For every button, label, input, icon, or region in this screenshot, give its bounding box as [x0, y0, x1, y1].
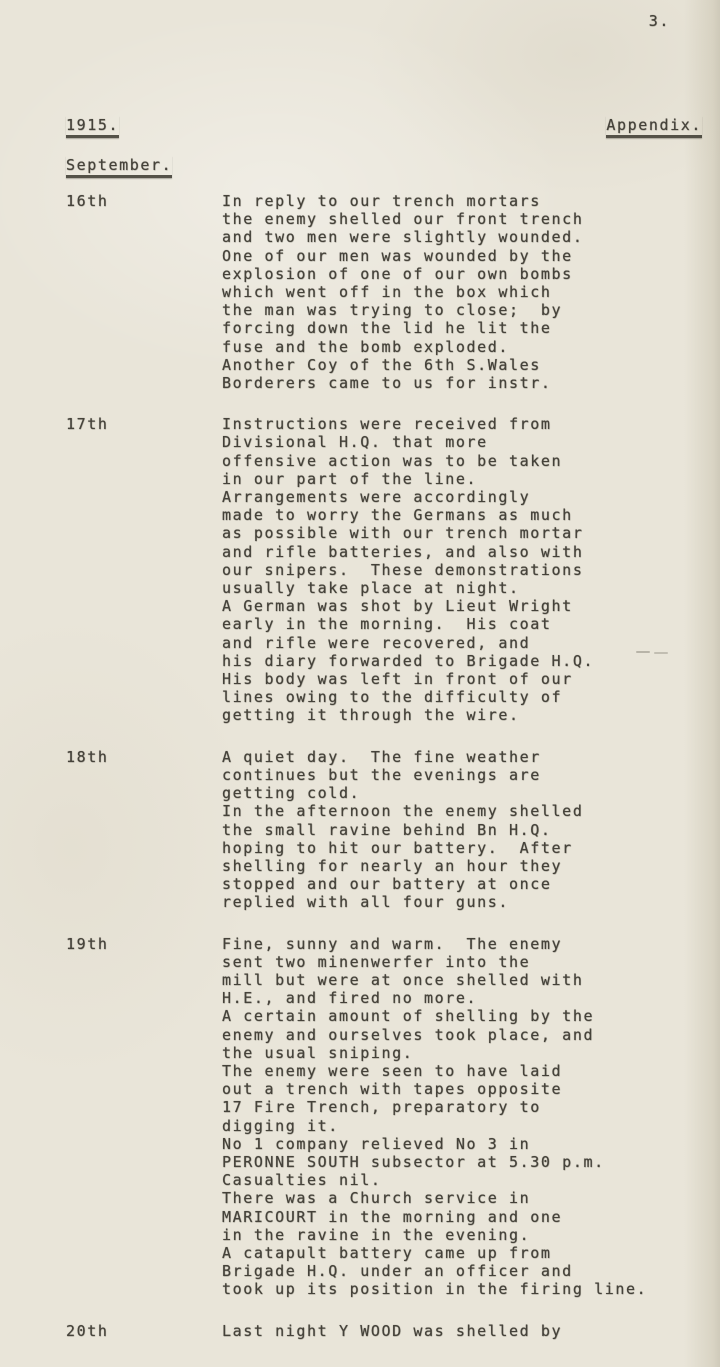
- entry-line: early in the morning. His coat: [222, 615, 720, 633]
- entry-line: forcing down the lid he lit the: [222, 319, 720, 337]
- entry-text: In reply to our trench mortarsthe enemy …: [222, 192, 720, 392]
- entry-line: Arrangements were accordingly: [222, 488, 720, 506]
- page-number: 3.: [649, 12, 670, 30]
- entry-line: The enemy were seen to have laid: [222, 1062, 720, 1080]
- entry-date-label: 19th: [66, 935, 222, 953]
- entry-date: 20th: [66, 1322, 222, 1340]
- diary-entry: 18thA quiet day. The fine weathercontinu…: [66, 748, 720, 912]
- entry-line: One of our men was wounded by the: [222, 247, 720, 265]
- entry-line: and rifle batteries, and also with: [222, 543, 720, 561]
- entry-line: PERONNE SOUTH subsector at 5.30 p.m.: [222, 1153, 720, 1171]
- year-heading: 1915.: [66, 116, 119, 138]
- entry-date-label: 20th: [66, 1322, 222, 1340]
- entry-text: Instructions were received fromDivisiona…: [222, 415, 720, 724]
- entry-line: His body was left in front of our: [222, 670, 720, 688]
- entry-line: getting cold.: [222, 784, 720, 802]
- entry-line: our snipers. These demonstrations: [222, 561, 720, 579]
- entry-line: digging it.: [222, 1117, 720, 1135]
- diary-entry: 17thInstructions were received fromDivis…: [66, 415, 720, 724]
- entry-line: the usual sniping.: [222, 1044, 720, 1062]
- ink-smudge: [636, 651, 650, 653]
- page-header: 1915. Appendix.: [66, 116, 702, 138]
- entry-date: 18th: [66, 748, 222, 912]
- entry-line: stopped and our battery at once: [222, 875, 720, 893]
- entry-line: Instructions were received from: [222, 415, 720, 433]
- entry-text: Fine, sunny and warm. The enemysent two …: [222, 935, 720, 1299]
- entry-line: No 1 company relieved No 3 in: [222, 1135, 720, 1153]
- entry-line: enemy and ourselves took place, and: [222, 1026, 720, 1044]
- entry-line: and rifle were recovered, and: [222, 634, 720, 652]
- entry-date: 16th: [66, 192, 222, 392]
- diary-entry: 19thFine, sunny and warm. The enemysent …: [66, 935, 720, 1299]
- entry-line: There was a Church service in: [222, 1189, 720, 1207]
- entry-line: Brigade H.Q. under an officer and: [222, 1262, 720, 1280]
- month-heading: September.: [66, 156, 172, 178]
- entry-line: as possible with our trench mortar: [222, 524, 720, 542]
- entry-line: In reply to our trench mortars: [222, 192, 720, 210]
- diary-entries: 16thIn reply to our trench mortarsthe en…: [66, 192, 720, 1363]
- entry-line: lines owing to the difficulty of: [222, 688, 720, 706]
- entry-line: and two men were slightly wounded.: [222, 228, 720, 246]
- entry-line: getting it through the wire.: [222, 706, 720, 724]
- diary-entry: 20thLast night Y WOOD was shelled by: [66, 1322, 720, 1340]
- entry-line: Borderers came to us for instr.: [222, 374, 720, 392]
- diary-entry: 16thIn reply to our trench mortarsthe en…: [66, 192, 720, 392]
- entry-date-label: 16th: [66, 192, 222, 210]
- entry-line: continues but the evenings are: [222, 766, 720, 784]
- entry-line: the small ravine behind Bn H.Q.: [222, 821, 720, 839]
- entry-date: 17th: [66, 415, 222, 724]
- entry-date-label: 18th: [66, 748, 222, 766]
- entry-text: Last night Y WOOD was shelled by: [222, 1322, 720, 1340]
- entry-line: which went off in the box which: [222, 283, 720, 301]
- entry-line: took up its position in the firing line.: [222, 1280, 720, 1298]
- entry-line: his diary forwarded to Brigade H.Q.: [222, 652, 720, 670]
- entry-line: shelling for nearly an hour they: [222, 857, 720, 875]
- entry-line: A German was shot by Lieut Wright: [222, 597, 720, 615]
- diary-page: 3. 1915. Appendix. September. 16thIn rep…: [0, 0, 720, 1367]
- entry-line: the man was trying to close; by: [222, 301, 720, 319]
- entry-line: 17 Fire Trench, preparatory to: [222, 1098, 720, 1116]
- entry-line: In the afternoon the enemy shelled: [222, 802, 720, 820]
- entry-line: H.E., and fired no more.: [222, 989, 720, 1007]
- entry-text: A quiet day. The fine weathercontinues b…: [222, 748, 720, 912]
- entry-line: A quiet day. The fine weather: [222, 748, 720, 766]
- entry-date-label: 17th: [66, 415, 222, 433]
- entry-line: replied with all four guns.: [222, 893, 720, 911]
- entry-line: A catapult battery came up from: [222, 1244, 720, 1262]
- entry-line: mill but were at once shelled with: [222, 971, 720, 989]
- entry-line: Divisional H.Q. that more: [222, 433, 720, 451]
- entry-line: made to worry the Germans as much: [222, 506, 720, 524]
- entry-line: Casualties nil.: [222, 1171, 720, 1189]
- entry-line: Another Coy of the 6th S.Wales: [222, 356, 720, 374]
- entry-line: in the ravine in the evening.: [222, 1226, 720, 1244]
- entry-line: explosion of one of our own bombs: [222, 265, 720, 283]
- entry-line: fuse and the bomb exploded.: [222, 338, 720, 356]
- entry-line: out a trench with tapes opposite: [222, 1080, 720, 1098]
- entry-date: 19th: [66, 935, 222, 1299]
- entry-line: MARICOURT in the morning and one: [222, 1208, 720, 1226]
- entry-line: Last night Y WOOD was shelled by: [222, 1322, 720, 1340]
- entry-line: Fine, sunny and warm. The enemy: [222, 935, 720, 953]
- entry-line: offensive action was to be taken: [222, 452, 720, 470]
- entry-line: A certain amount of shelling by the: [222, 1007, 720, 1025]
- entry-line: in our part of the line.: [222, 470, 720, 488]
- entry-line: the enemy shelled our front trench: [222, 210, 720, 228]
- appendix-heading: Appendix.: [606, 116, 702, 138]
- entry-line: sent two minenwerfer into the: [222, 953, 720, 971]
- entry-line: hoping to hit our battery. After: [222, 839, 720, 857]
- entry-line: usually take place at night.: [222, 579, 720, 597]
